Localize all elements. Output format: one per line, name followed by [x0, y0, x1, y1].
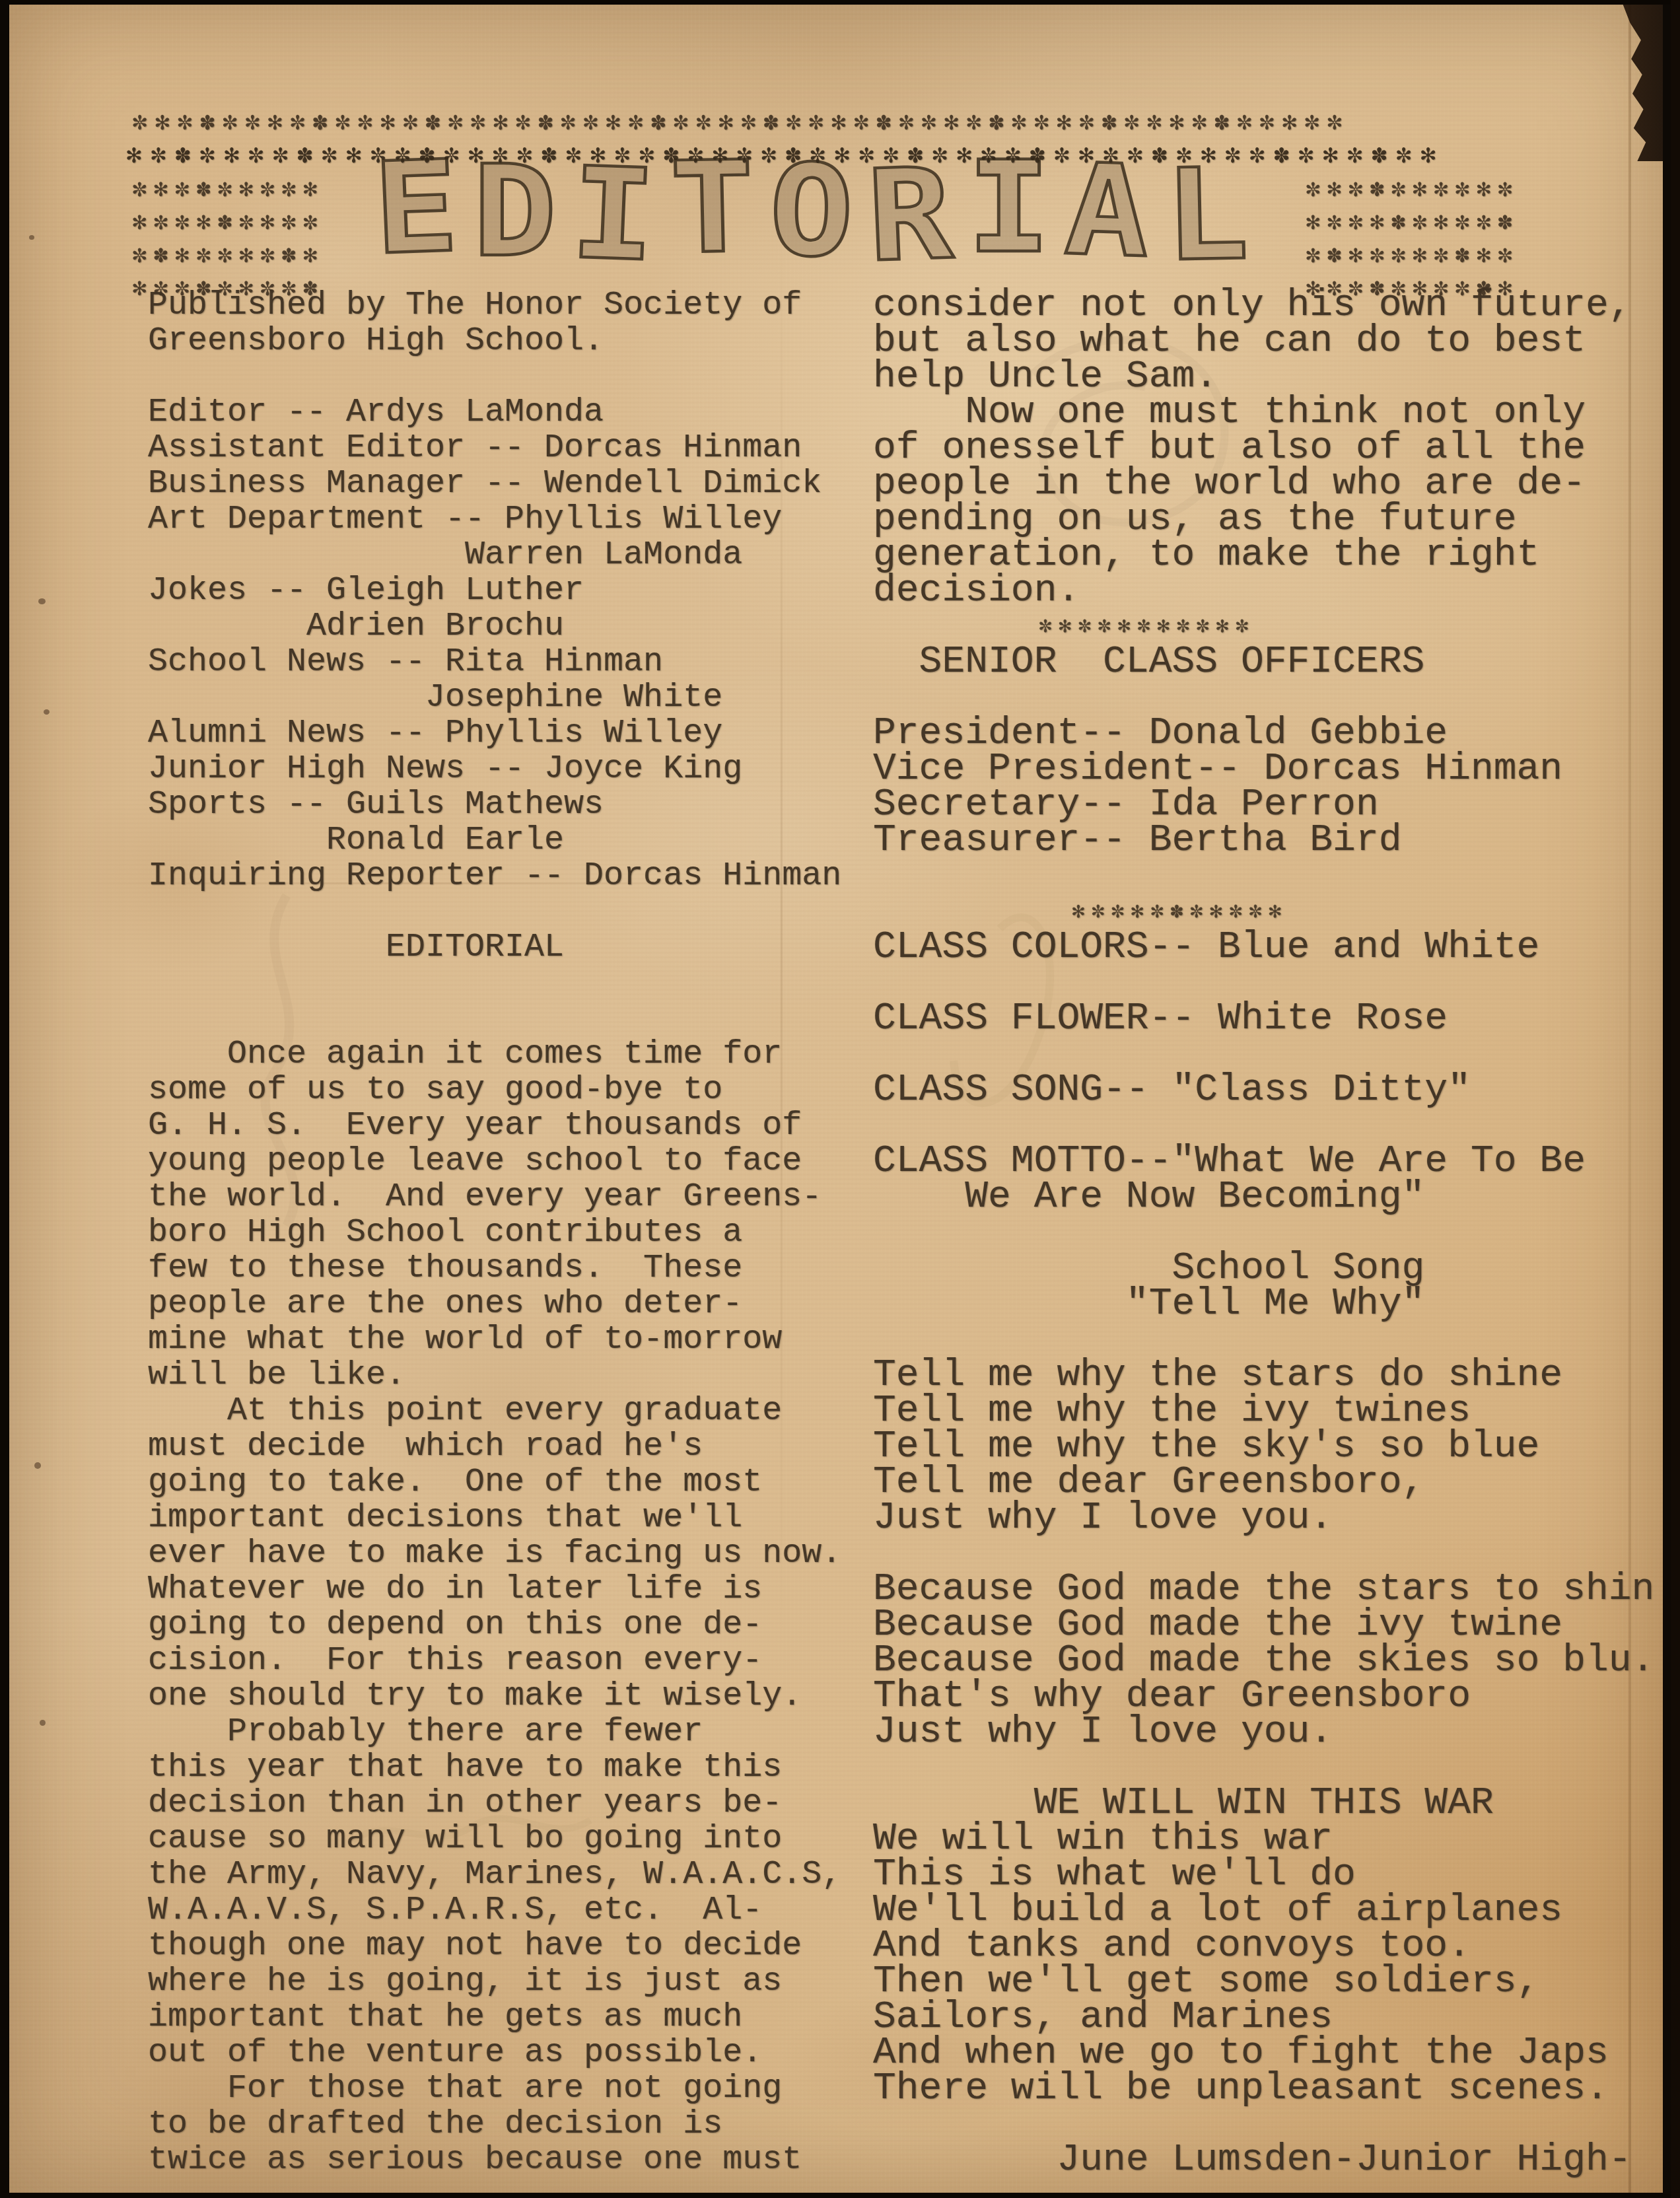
- text-line: For those that are not going: [148, 2071, 858, 2107]
- title-letter: T: [669, 147, 770, 268]
- text-line: Business Manager -- Wendell Dimick: [148, 466, 858, 502]
- text-line: going to take. One of the most: [148, 1465, 858, 1501]
- text-line: [873, 2107, 1663, 2143]
- text-line: This is what we'll do: [873, 1857, 1663, 1893]
- text-line: of onesself but also of all the: [873, 431, 1663, 466]
- text-line: ever have to make is facing us now.: [148, 1536, 858, 1572]
- text-line: going to depend on this one de-: [148, 1608, 858, 1643]
- text-line: Tell me why the ivy twines: [873, 1394, 1663, 1429]
- text-line: Because God made the ivy twine: [873, 1608, 1663, 1643]
- paper-speck: [29, 235, 34, 240]
- editorial-title: EDITORIAL: [374, 152, 1263, 277]
- text-line: Greensboro High School.: [148, 324, 858, 359]
- text-line: ✼✻✼✼✻✼✻✼✼✻✼: [873, 609, 1663, 645]
- asterisk-border-row: ✻✼✼✻✽✼✻✼✼: [131, 206, 324, 239]
- text-line: [148, 894, 858, 930]
- text-line: President-- Donald Gebbie: [873, 716, 1663, 752]
- text-line: WE WILL WIN THIS WAR: [873, 1786, 1663, 1822]
- text-line: help Uncle Sam.: [873, 359, 1663, 395]
- title-letter: R: [866, 154, 969, 276]
- text-line: Secretary-- Ida Perron: [873, 787, 1663, 823]
- text-line: Alumni News -- Phyllis Willey: [148, 716, 858, 752]
- text-line: Assistant Editor -- Dorcas Hinman: [148, 431, 858, 466]
- text-line: We Are Now Becoming": [873, 1180, 1663, 1215]
- title-letter: E: [371, 147, 475, 269]
- text-line: Once again it comes time for: [148, 1037, 858, 1073]
- text-line: "Tell Me Why": [873, 1287, 1663, 1322]
- text-line: Published by The Honor Society of: [148, 288, 858, 324]
- text-line: decision than in other years be-: [148, 1786, 858, 1822]
- text-line: cause so many will bo going into: [148, 1822, 858, 1857]
- text-line: There will be unpleasant scenes.: [873, 2071, 1663, 2107]
- text-line: cision. For this reason every-: [148, 1643, 858, 1679]
- page-edge-bottom: [0, 2193, 1680, 2198]
- asterisk-border-row: ✼✽✻✼✼✻✼✽✻✼: [1305, 239, 1518, 272]
- text-line: Tell me why the stars do shine: [873, 1358, 1663, 1394]
- text-line: Tell me why the sky's so blue: [873, 1429, 1663, 1465]
- text-line: twice as serious because one must: [148, 2143, 858, 2178]
- text-line: Just why I love you.: [873, 1501, 1663, 1536]
- text-line: And when we go to fight the Japs: [873, 2036, 1663, 2071]
- text-line: Treasurer-- Bertha Bird: [873, 823, 1663, 859]
- text-line: to be drafted the decision is: [148, 2107, 858, 2143]
- title-letter: D: [473, 152, 572, 271]
- text-line: [873, 680, 1663, 716]
- text-line: decision.: [873, 573, 1663, 609]
- text-line: the world. And every year Greens-: [148, 1180, 858, 1215]
- text-line: Because God made the skies so blu.: [873, 1643, 1663, 1679]
- scanned-newsletter-page: { "meta": { "document_kind": "mimeograph…: [0, 0, 1680, 2198]
- text-line: Josephine White: [148, 680, 858, 716]
- text-line: where he is going, it is just as: [148, 1964, 858, 2000]
- text-line: important decisions that we'll: [148, 1501, 858, 1536]
- text-line: CLASS FLOWER-- White Rose: [873, 1001, 1663, 1037]
- torn-page-edge: [1602, 4, 1663, 161]
- text-line: the Army, Navy, Marines, W.A.A.C.S,: [148, 1857, 858, 1893]
- asterisk-border-row: ✼✻✼✽✼✼✻✼✽✼✼✻✼✽✼✼✻✼✽✼✼✻✼✽✼✼✻✼✽✼✼✻✼✽✼✼✻✼✽✼…: [131, 112, 1348, 135]
- paper-speck: [40, 1720, 46, 1726]
- text-line: Editor -- Ardys LaMonda: [148, 395, 858, 431]
- text-line: We will win this war: [873, 1822, 1663, 1857]
- text-line: Then we'll get some soldiers,: [873, 1964, 1663, 2000]
- text-line: [873, 1536, 1663, 1572]
- text-line: Probably there are fewer: [148, 1715, 858, 1750]
- left-column: Published by The Honor Society ofGreensb…: [148, 288, 858, 2178]
- text-line: CLASS COLORS-- Blue and White: [873, 930, 1663, 966]
- text-line: pending on us, as the future: [873, 502, 1663, 538]
- text-line: Sports -- Guils Mathews: [148, 787, 858, 823]
- text-line: some of us to say good-bye to: [148, 1073, 858, 1108]
- title-letter: A: [1063, 150, 1167, 272]
- asterisk-border-row: ✼✻✼✽✼✻✼✼✻: [131, 173, 324, 206]
- text-line: people in the world who are de-: [873, 466, 1663, 502]
- paper-speck: [44, 709, 50, 715]
- text-line: School Song: [873, 1251, 1663, 1287]
- title-letter: I: [569, 154, 672, 276]
- text-line: June Lumsden-Junior High-: [873, 2143, 1663, 2178]
- text-line: Warren LaMonda: [148, 538, 858, 573]
- text-line: Whatever we do in later life is: [148, 1572, 858, 1608]
- asterisk-border-row: ✻✼✼✻✽✼✻✼✼✽: [1305, 206, 1518, 239]
- text-line: generation, to make the right: [873, 538, 1663, 573]
- asterisk-border-row: ✼✽✻✼✼✻✼✽✻: [131, 239, 324, 272]
- text-line: W.A.A.V.S, S.P.A.R.S, etc. Al-: [148, 1893, 858, 1929]
- text-line: Vice President-- Dorcas Hinman: [873, 752, 1663, 787]
- text-line: [873, 1108, 1663, 1144]
- asterisk-border-row: ✼✻✼✽✼✻✼✼✻✼: [1305, 173, 1518, 206]
- page-edge-left: [0, 0, 9, 2198]
- text-line: young people leave school to face: [148, 1144, 858, 1180]
- text-line: consider not only his own future,: [873, 288, 1663, 324]
- paper-sheet: ✼✻✼✽✼✼✻✼✽✼✼✻✼✽✼✼✻✼✽✼✼✻✼✽✼✼✻✼✽✼✼✻✼✽✼✼✻✼✽✼…: [9, 4, 1663, 2193]
- text-line: [148, 966, 858, 1001]
- text-line: Jokes -- Gleigh Luther: [148, 573, 858, 609]
- text-line: people are the ones who deter-: [148, 1287, 858, 1322]
- text-line: [148, 359, 858, 395]
- text-line: Because God made the stars to shin: [873, 1572, 1663, 1608]
- title-letter: O: [768, 151, 869, 272]
- text-line: Adrien Brochu: [148, 609, 858, 645]
- text-line: G. H. S. Every year thousands of: [148, 1108, 858, 1144]
- asterisk-border-left-block: ✼✻✼✽✼✻✼✼✻✻✼✼✻✽✼✻✼✼✼✽✻✼✼✻✼✽✻✻✼✼✽✼✻✼✼✽: [131, 173, 324, 305]
- text-line: And tanks and convoys too.: [873, 1929, 1663, 1964]
- text-line: [148, 1001, 858, 1037]
- page-edge-top: [0, 0, 1680, 5]
- text-line: [873, 966, 1663, 1001]
- text-line: Just why I love you.: [873, 1715, 1663, 1750]
- paper-speck: [38, 598, 46, 604]
- text-line: but also what he can do to best: [873, 324, 1663, 359]
- text-line: CLASS SONG-- "Class Ditty": [873, 1073, 1663, 1108]
- text-line: Junior High News -- Joyce King: [148, 752, 858, 787]
- title-letter: L: [1163, 155, 1264, 275]
- text-line: Ronald Earle: [148, 823, 858, 859]
- text-line: Art Department -- Phyllis Willey: [148, 502, 858, 538]
- text-line: That's why dear Greensboro: [873, 1679, 1663, 1715]
- text-line: [873, 859, 1663, 894]
- text-line: Sailors, and Marines: [873, 2000, 1663, 2036]
- text-line: [873, 1215, 1663, 1251]
- text-line: CLASS MOTTO--"What We Are To Be: [873, 1144, 1663, 1180]
- text-line: [873, 1037, 1663, 1073]
- text-line: must decide which road he's: [148, 1429, 858, 1465]
- text-line: few to these thousands. These: [148, 1251, 858, 1287]
- text-line: We'll build a lot of airplanes: [873, 1893, 1663, 1929]
- text-line: though one may not have to decide: [148, 1929, 858, 1964]
- text-line: boro High School contributes a: [148, 1215, 858, 1251]
- text-line: mine what the world of to-morrow: [148, 1322, 858, 1358]
- text-line: Tell me dear Greensboro,: [873, 1465, 1663, 1501]
- text-line: will be like.: [148, 1358, 858, 1394]
- text-line: out of the venture as possible.: [148, 2036, 858, 2071]
- right-column: consider not only his own future,but als…: [873, 288, 1663, 2178]
- text-line: SENIOR CLASS OFFICERS: [873, 645, 1663, 680]
- page-edge-right: [1671, 0, 1680, 2198]
- text-line: this year that have to make this: [148, 1750, 858, 1786]
- text-line: At this point every graduate: [148, 1394, 858, 1429]
- text-line: Inquiring Reporter -- Dorcas Hinman: [148, 859, 858, 894]
- text-line: important that he gets as much: [148, 2000, 858, 2036]
- text-line: one should try to make it wisely.: [148, 1679, 858, 1715]
- title-letter: I: [967, 149, 1066, 267]
- text-line: EDITORIAL: [148, 930, 858, 966]
- text-line: ✻✼✼✻✼✽✼✻✼✼✻: [873, 894, 1663, 930]
- text-line: [873, 1750, 1663, 1786]
- text-line: School News -- Rita Hinman: [148, 645, 858, 680]
- paper-speck: [34, 1462, 41, 1469]
- text-line: [873, 1322, 1663, 1358]
- text-line: Now one must think not only: [873, 395, 1663, 431]
